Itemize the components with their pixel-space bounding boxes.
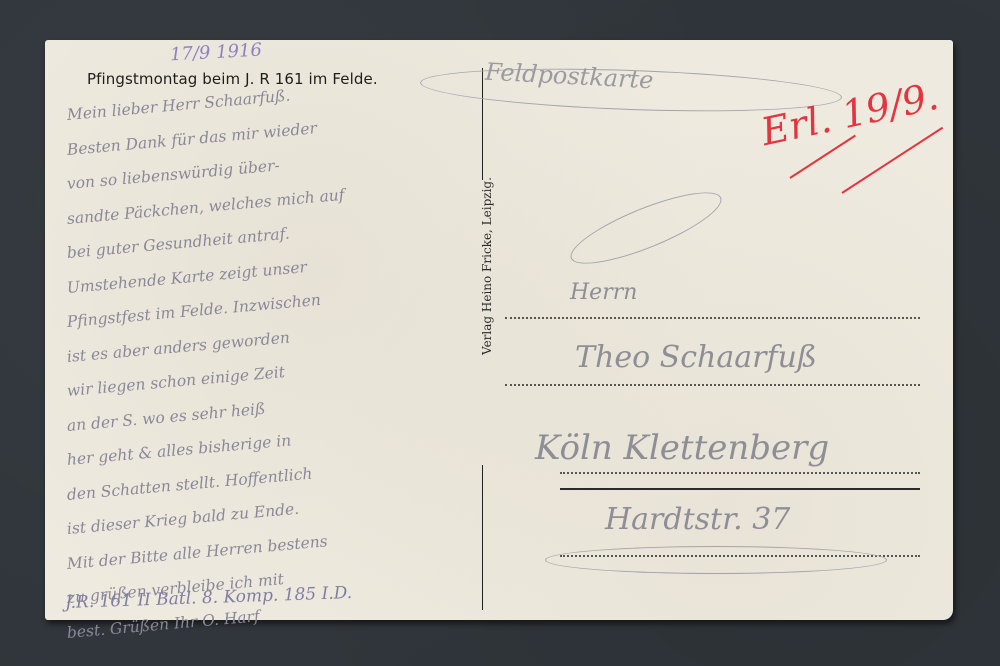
address-city: Köln Klettenberg: [535, 428, 829, 468]
address-rule: [560, 488, 920, 490]
postcard: 17/9 1916 Pfingstmontag beim J. R 161 im…: [45, 40, 953, 620]
address-salutation: Herrn: [570, 280, 637, 305]
address-line-3: [560, 472, 920, 474]
address-line-1: [505, 317, 920, 319]
handwritten-date: 17/9 1916: [170, 40, 263, 66]
red-underline-2: [841, 127, 943, 194]
address-line-2: [505, 384, 920, 386]
divider-bottom: [482, 465, 483, 610]
address-name: Theo Schaarfuß: [575, 340, 817, 375]
pencil-flourish: [563, 179, 728, 277]
address-street: Hardtstr. 37: [605, 502, 790, 537]
publisher-imprint: Verlag Heino Fricke, Leipzig.: [480, 177, 494, 355]
street-underline-loop: [545, 546, 887, 574]
letter-body: Mein lieber Herr Schaarfuß. Besten Dank …: [67, 98, 345, 650]
